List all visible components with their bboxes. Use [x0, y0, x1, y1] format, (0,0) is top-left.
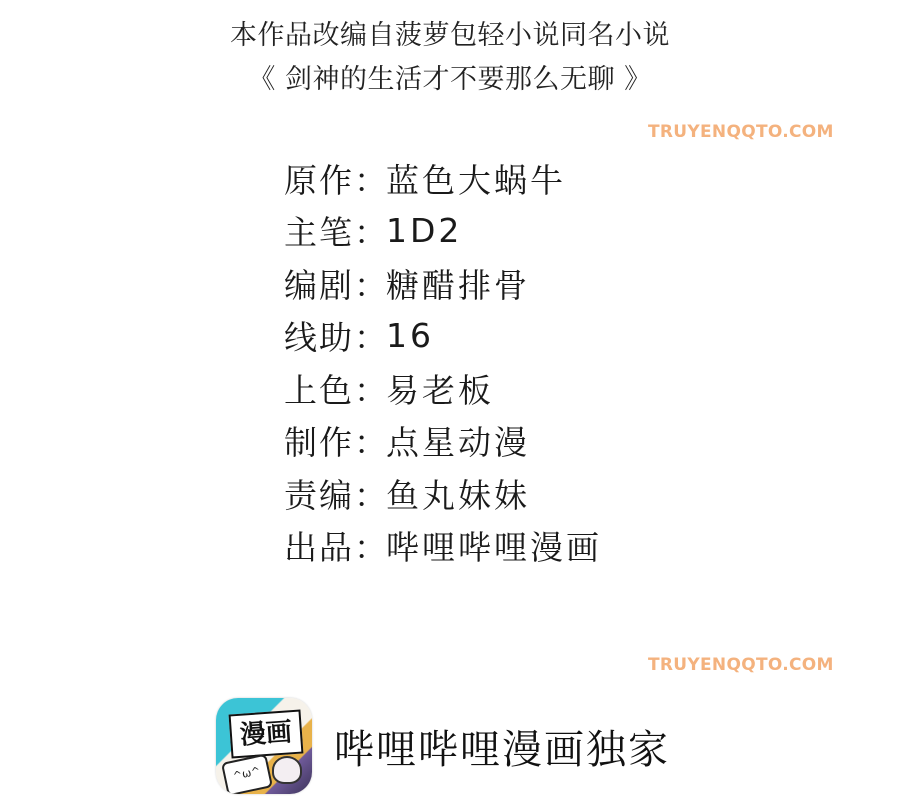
- credit-row-publisher: 出品 ： 哔哩哔哩漫画: [284, 520, 602, 573]
- credit-row-colorist: 上色 ： 易老板: [284, 362, 602, 415]
- credit-label: 线助: [284, 312, 354, 359]
- bilibili-comics-app-icon: 漫画 ^ω^: [216, 698, 312, 794]
- credit-separator: ：: [354, 260, 386, 307]
- credit-row-screenwriter: 编剧 ： 糖醋排骨: [284, 257, 602, 310]
- credit-separator: ：: [354, 312, 386, 359]
- credit-separator: ：: [354, 155, 386, 202]
- credits-list: 原作 ： 蓝色大蜗牛 主笔 ： 1D2 编剧 ： 糖醋排骨 线助 ： 16 上色…: [284, 152, 602, 572]
- credit-value: 点星动漫: [386, 417, 530, 464]
- credit-separator: ：: [354, 417, 386, 464]
- footer-exclusive-text: 哔哩哔哩漫画独家: [334, 718, 670, 775]
- credit-value: 糖醋排骨: [386, 260, 530, 307]
- intro-line-1: 本作品改编自菠萝包轻小说同名小说: [0, 18, 900, 54]
- intro-line-2-title: 《 剑神的生活才不要那么无聊 》: [0, 62, 900, 98]
- credit-value: 哔哩哔哩漫画: [386, 522, 602, 569]
- credit-value: 蓝色大蜗牛: [386, 155, 566, 202]
- watermark-top: TRUYENQQTO.COM: [648, 122, 834, 142]
- credit-label: 主笔: [284, 207, 354, 254]
- credit-label: 制作: [284, 417, 354, 464]
- credit-row-production: 制作 ： 点星动漫: [284, 415, 602, 468]
- credit-separator: ：: [354, 365, 386, 412]
- credit-separator: ：: [354, 470, 386, 517]
- manhua-banner-icon: 漫画: [229, 710, 304, 759]
- credit-label: 原作: [284, 155, 354, 202]
- credit-row-original-author: 原作 ： 蓝色大蜗牛: [284, 152, 602, 205]
- footer-branding: 漫画 ^ω^ 哔哩哔哩漫画独家: [216, 698, 670, 794]
- credit-label: 出品: [284, 522, 354, 569]
- credit-value: 易老板: [386, 365, 494, 412]
- watermark-bottom: TRUYENQQTO.COM: [648, 655, 834, 675]
- credit-label: 编剧: [284, 260, 354, 307]
- credit-label: 责编: [284, 470, 354, 517]
- credit-value: 16: [386, 316, 434, 355]
- credit-separator: ：: [354, 207, 386, 254]
- credit-separator: ：: [354, 522, 386, 569]
- credit-label: 上色: [284, 365, 354, 412]
- credit-row-line-assistant: 线助 ： 16: [284, 310, 602, 363]
- hand-icon: [272, 756, 302, 784]
- credit-value: 1D2: [386, 211, 462, 250]
- tv-mascot-icon: ^ω^: [221, 754, 273, 794]
- credit-row-lead-artist: 主笔 ： 1D2: [284, 205, 602, 258]
- credit-row-editor: 责编 ： 鱼丸妹妹: [284, 467, 602, 520]
- credit-value: 鱼丸妹妹: [386, 470, 530, 517]
